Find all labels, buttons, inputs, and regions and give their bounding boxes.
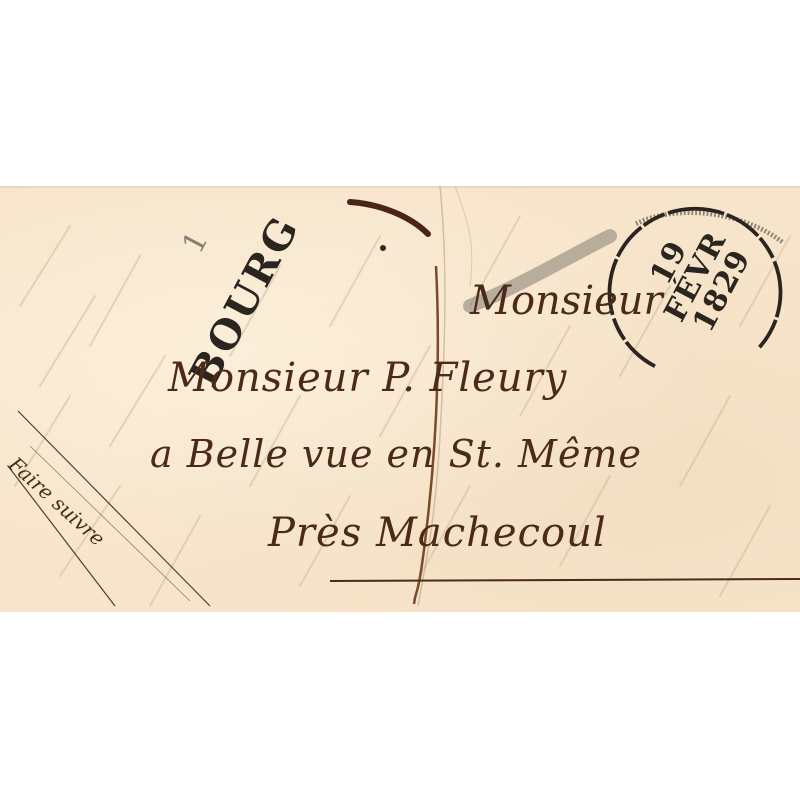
address-line-3: a Belle vue en St. Même bbox=[150, 432, 642, 476]
address-line-1: Monsieur bbox=[470, 278, 663, 324]
address-line-2: Monsieur P. Fleury bbox=[168, 355, 567, 401]
address-line-4: Près Machecoul bbox=[268, 510, 607, 556]
